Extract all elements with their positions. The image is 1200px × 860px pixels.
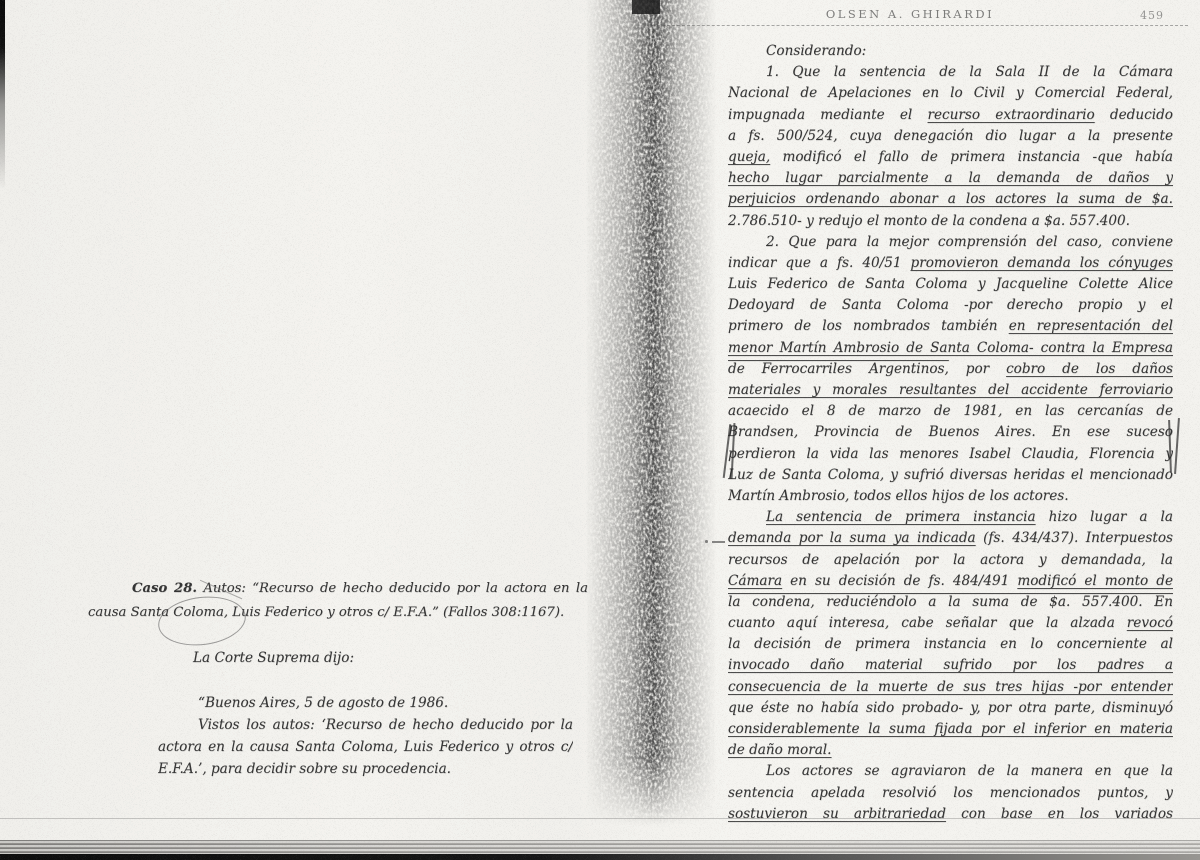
underlined-text: perjuicios ordenando abonar a los actore… [728,191,1173,207]
underlined-text: de daño moral. [728,742,831,758]
text-line: queja, modificó el fallo de primera inst… [728,147,1173,168]
text-line: Caso 28. Autos: “Recurso de hecho deduci… [88,577,588,601]
text-line: invocado daño material sufrido por los p… [728,655,1173,676]
margin-dot-annotation [705,540,708,543]
text-segment: 2. Que para la mejor comprensión del cas… [766,234,1173,250]
text-segment: primero de los nombrados también [728,318,1009,334]
text-segment: 1. Que la sentencia de la Sala II de la … [766,64,1173,80]
underlined-text: demanda por la suma ya indicada [728,530,976,546]
text-segment: modificó el fallo de primera instancia -… [770,149,1173,165]
text-segment: cuanto aquí interesa, cabe señalar que l… [728,615,1127,631]
text-line: de Ferrocarriles Argentinos, por cobro d… [728,359,1173,380]
text-line: primero de los nombrados también en repr… [728,316,1173,337]
court-said-line: La Corte Suprema dijo: [193,648,354,669]
text-segment: “Buenos Aires, 5 de agosto de 1986. [198,695,448,711]
text-line: materiales y morales resultantes del acc… [728,380,1173,401]
underlined-text: menor Martín Ambrosio de Santa Coloma- c… [728,340,1173,356]
text-segment: Los actores se agraviaron de la manera e… [766,763,1173,779]
scan-edge-shadow-left [0,0,5,190]
text-segment: Vistos los autos: ‘Recurso de hecho dedu… [198,717,573,733]
text-segment: la decisión de primera instancia en lo c… [728,636,1173,652]
text-line: 2. Que para la mejor comprensión del cas… [728,232,1173,253]
underlined-text: invocado daño material sufrido por los p… [728,657,1173,673]
text-line: 2.786.510- y redujo el monto de la conde… [728,211,1173,232]
gutter-shadow [586,0,716,860]
text-line: La sentencia de primera instancia hizo l… [728,507,1173,528]
margin-bracket-right [1174,418,1179,474]
text-line: hecho lugar parcialmente a la demanda de… [728,168,1173,189]
text-line: sentencia apelada resolvió los mencionad… [728,783,1173,804]
text-segment: (fs. 434/437). Interpuestos [976,530,1173,546]
underlined-text: cobro de los daños [1006,361,1173,377]
text-segment: con base en los variados [946,806,1173,822]
text-line: Nacional de Apelaciones en lo Civil y Co… [728,83,1173,104]
text-segment: Considerando: [766,43,866,59]
underlined-text: revocó [1127,615,1173,631]
page-number: 459 [1140,9,1164,22]
text-segment: actora en la causa Santa Coloma, Luis Fe… [158,739,573,755]
text-segment: que éste no había sido probado- y, por o… [728,700,1173,716]
text-line: consecuencia de la muerte de sus tres hi… [728,677,1173,698]
text-line: recursos de apelación por la actora y de… [728,550,1173,571]
text-segment: Caso 28. [132,581,197,596]
underlined-text: recurso extraordinario [928,107,1095,123]
scanned-book-spread: OLSEN A. GHIRARDI 459 Caso 28. Autos: “R… [0,0,1200,860]
text-line: la decisión de primera instancia en lo c… [728,634,1173,655]
text-line: la condena, reduciéndolo a la suma de $a… [728,592,1173,613]
underlined-text: La sentencia de primera instancia [766,509,1036,525]
text-segment: 2.786.510- y redujo el monto de la conde… [728,213,1130,229]
text-line: considerablemente la suma fijada por el … [728,719,1173,740]
text-line: Vistos los autos: ‘Recurso de hecho dedu… [158,714,573,736]
text-segment: Martín Ambrosio, todos ellos hijos de lo… [728,488,1069,504]
underlined-text: hecho lugar parcialmente a la demanda de… [728,170,1173,186]
text-line: actora en la causa Santa Coloma, Luis Fe… [158,736,573,758]
text-segment: Luis Federico de Santa Coloma y Jacqueli… [728,276,1173,292]
text-segment: acaecido el 8 de marzo de 1981, en las c… [728,403,1173,419]
text-line: Cámara en su decisión de fs. 484/491 mod… [728,571,1173,592]
text-line: a fs. 500/524, cuya denegación dio lugar… [728,126,1173,147]
text-segment: E.F.A.’, para decidir sobre su procedenc… [158,761,451,777]
underlined-text: Cámara [728,573,782,589]
underlined-text: promovieron demanda los cónyuges [911,255,1174,271]
text-line: menor Martín Ambrosio de Santa Coloma- c… [728,338,1173,359]
text-segment: a fs. 500/524, cuya denegación dio lugar… [728,128,1173,144]
text-line: de daño moral. [728,740,1173,761]
text-segment: sentencia apelada resolvió los mencionad… [728,785,1173,801]
header-rule [652,25,1188,26]
underlined-text: en representación del [1009,318,1173,334]
running-title: OLSEN A. GHIRARDI [660,7,1160,21]
text-segment: Dedoyard de Santa Coloma -por derecho pr… [728,297,1173,313]
text-line: 1. Que la sentencia de la Sala II de la … [728,62,1173,83]
text-segment: indicar que a fs. 40/51 [728,255,911,271]
text-line: perdieron la vida las menores Isabel Cla… [728,444,1173,465]
judgment-quote: “Buenos Aires, 5 de agosto de 1986.Visto… [158,692,573,780]
text-line: sostuvieron su arbitrariedad con base en… [728,804,1173,825]
text-line: cuanto aquí interesa, cabe señalar que l… [728,613,1173,634]
text-segment: perdieron la vida las menores Isabel Cla… [728,446,1173,462]
text-line: acaecido el 8 de marzo de 1981, en las c… [728,401,1173,422]
text-segment: recursos de apelación por la actora y de… [728,552,1173,568]
text-segment: de Ferrocarriles Argentinos, [728,361,949,377]
text-line: Considerando: [728,41,1173,62]
text-line: indicar que a fs. 40/51 promovieron dema… [728,253,1173,274]
text-line: Martín Ambrosio, todos ellos hijos de lo… [728,486,1173,507]
underlined-text: queja, [728,149,770,165]
text-segment: Autos: “Recurso de hecho deducido por la… [197,581,588,596]
text-segment: Brandsen, Provincia de Buenos Aires. En … [728,424,1173,440]
underlined-text: consecuencia de la muerte de sus tres hi… [728,679,1173,695]
text-line: perjuicios ordenando abonar a los actore… [728,189,1173,210]
text-segment: hizo lugar a la [1036,509,1173,525]
margin-dash-annotation [712,541,725,543]
text-line: que éste no había sido probado- y, por o… [728,698,1173,719]
text-line: Brandsen, Provincia de Buenos Aires. En … [728,422,1173,443]
text-line: “Buenos Aires, 5 de agosto de 1986. [158,692,573,714]
considerando-text: Considerando:1. Que la sentencia de la S… [728,41,1173,825]
underlined-text: materiales y morales resultantes del acc… [728,382,1173,398]
text-segment: Nacional de Apelaciones en lo Civil y Co… [728,85,1173,101]
text-segment: la condena, reduciéndolo a la suma de $a… [728,594,1173,610]
text-line: Luz de Santa Coloma, y sufrió diversas h… [728,465,1173,486]
text-line: Luis Federico de Santa Coloma y Jacqueli… [728,274,1173,295]
text-segment: Luz de Santa Coloma, y sufrió diversas h… [728,467,1173,483]
text-line: Los actores se agraviaron de la manera e… [728,761,1173,782]
underlined-text: considerablemente la suma fijada por el … [728,721,1173,737]
text-segment: en su decisión de fs. 484/491 [782,573,1017,589]
text-segment: por [949,361,1006,377]
text-segment: impugnada mediante el [728,107,928,123]
bottom-scan-line [0,818,1200,819]
underlined-text: modificó el monto de [1017,573,1173,589]
text-segment: deducido [1095,107,1173,123]
text-line: demanda por la suma ya indicada (fs. 434… [728,528,1173,549]
text-line: E.F.A.’, para decidir sobre su procedenc… [158,758,573,780]
bottom-scan-edge [0,854,1200,860]
text-line: Dedoyard de Santa Coloma -por derecho pr… [728,295,1173,316]
underlined-text: sostuvieron su arbitrariedad [728,806,946,822]
text-line: impugnada mediante el recurso extraordin… [728,105,1173,126]
